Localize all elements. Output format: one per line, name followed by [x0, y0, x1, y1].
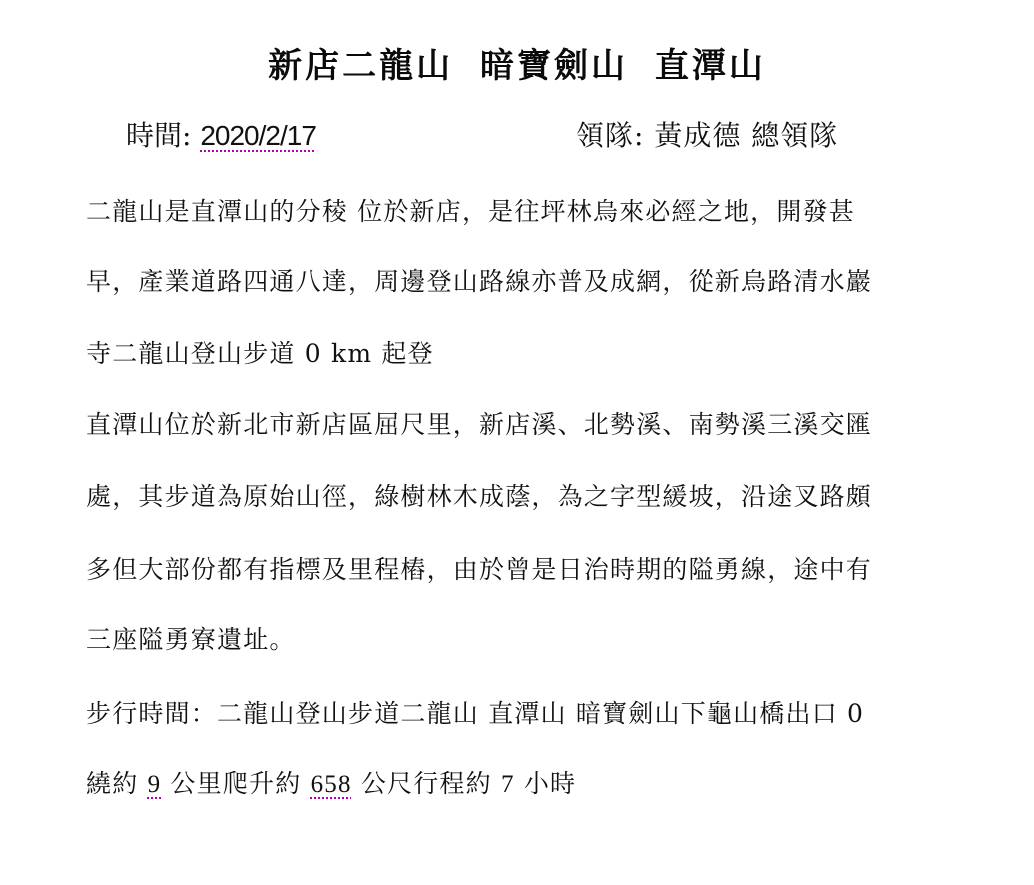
paragraph-2-line-1: 直潭山位於新北市新店區屈尺里，新店溪、北勢溪、南勢溪三溪交匯 — [86, 405, 872, 445]
distance-value[interactable]: 9 — [148, 771, 162, 798]
leader-label: 領隊: — [576, 119, 644, 152]
walking-time-line-1: 步行時間：二龍山登山步道二龍山 直潭山 暗寶劍山下龜山橋出口 0 — [86, 694, 864, 734]
duration-unit: 小時 — [515, 769, 577, 798]
paragraph-2-line-4: 三座隘勇寮遺址。 — [86, 620, 296, 660]
date-label: 時間: — [126, 119, 191, 152]
ascent-value[interactable]: 658 — [311, 771, 352, 798]
paragraph-1-line-2: 早，產業道路四通八達，周邊登山路線亦普及成網，從新烏路清水巖 — [86, 262, 872, 302]
walk-prefix: 繞約 — [86, 769, 148, 798]
paragraph-2-line-2: 處，其步道為原始山徑，綠樹林木成蔭，為之字型緩坡，沿途叉路頗 — [86, 477, 872, 517]
ascent-unit: 公尺行程約 — [352, 769, 501, 798]
walking-time-line-2: 繞約 9 公里爬升約 658 公尺行程約 7 小時 — [86, 764, 576, 805]
paragraph-1-line-1: 二龍山是直潭山的分稜 位於新店，是往坪林烏來必經之地，開發甚 — [86, 192, 855, 232]
date-value[interactable]: 2020/2/17 — [200, 120, 316, 151]
title-part: 直潭山 — [655, 46, 766, 86]
document-title: 新店二龍山 暗寶劍山 直潭山 — [0, 44, 1034, 88]
paragraph-2-line-3: 多但大部份都有指標及里程樁，由於曾是日治時期的隘勇線，途中有 — [86, 550, 872, 590]
meta-date: 時間: 2020/2/17 — [126, 116, 316, 156]
distance-unit: 公里爬升約 — [161, 769, 310, 798]
meta-leader: 領隊: 黃成德 總領隊 — [576, 116, 838, 156]
duration-value: 7 — [501, 771, 515, 798]
title-part: 暗寶劍山 — [480, 46, 628, 86]
title-part: 新店二龍山 — [268, 46, 453, 86]
paragraph-1-line-3: 寺二龍山登山步道 0 km 起登 — [86, 334, 434, 374]
document-page: 新店二龍山 暗寶劍山 直潭山 時間: 2020/2/17 領隊: 黃成德 總領隊… — [0, 0, 1034, 885]
leader-value: 黃成德 總領隊 — [654, 119, 838, 152]
